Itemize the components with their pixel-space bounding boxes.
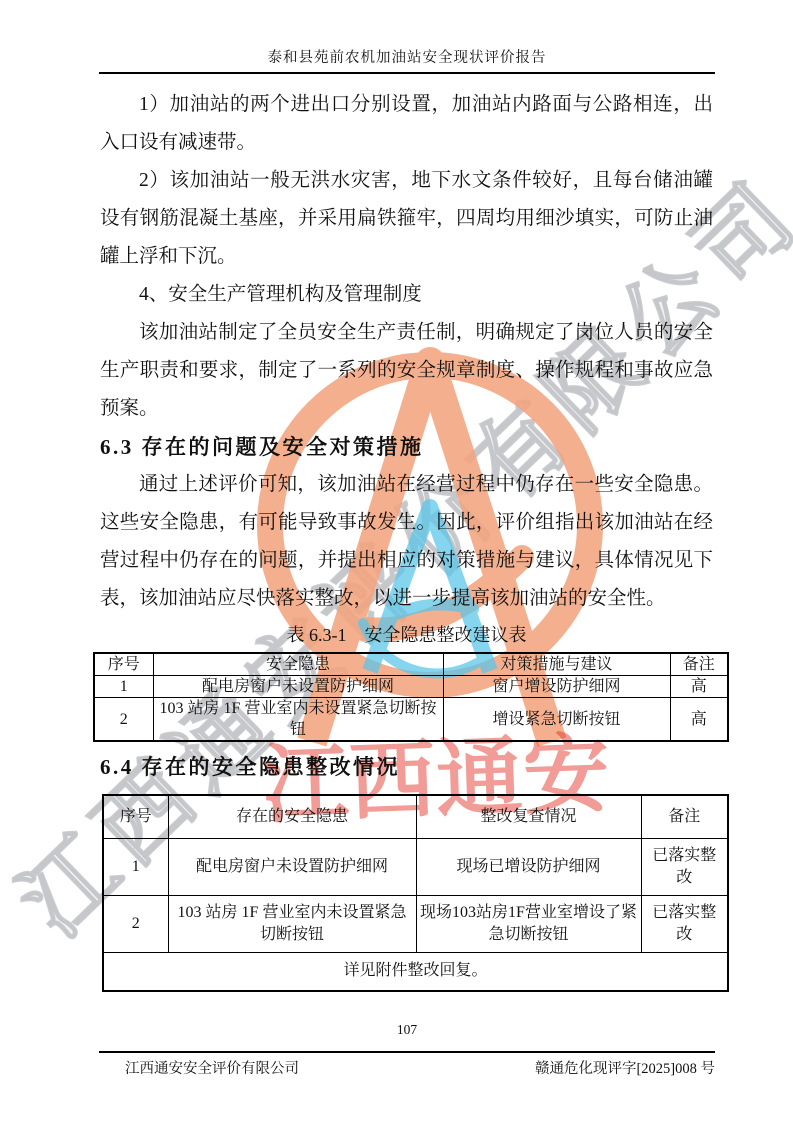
col-header-remark: 备注: [641, 795, 728, 839]
col-header-seq: 序号: [103, 795, 168, 839]
table-header-row: 序号 存在的安全隐患 整改复查情况 备注: [103, 795, 728, 839]
section-heading-6-3: 6.3 存在的问题及安全对策措施: [100, 428, 713, 466]
page-number: 107: [99, 1022, 715, 1038]
section-heading-6-4: 6.4 存在的安全隐患整改情况: [100, 748, 713, 786]
paragraph-entrances: 1）加油站的两个进出口分别设置，加油站内路面与公路相连，出入口设有减速带。: [100, 86, 713, 162]
cell-seq: 1: [94, 676, 153, 698]
col-header-measure: 对策措施与建议: [443, 653, 670, 676]
table-row: 2 103 站房 1F 营业室内未设置紧急切断按钮 现场103站房1F营业室增设…: [103, 896, 728, 953]
paragraph-management: 该加油站制定了全员安全生产责任制，明确规定了岗位人员的安全生产职责和要求，制定了…: [100, 314, 713, 428]
page-content: 泰和县苑前农机加油站安全现状评价报告 1）加油站的两个进出口分别设置，加油站内路…: [0, 0, 793, 1122]
cell-hazard: 103 站房 1F 营业室内未设置紧急切断按钮: [168, 896, 416, 953]
cell-remark: 高: [670, 698, 728, 742]
page-footer: 江西通安安全评价有限公司 赣通危化现评字[2025]008 号: [99, 1051, 715, 1078]
cell-measure: 窗户增设防护细网: [443, 676, 670, 698]
subsection-4-heading: 4、安全生产管理机构及管理制度: [100, 276, 713, 314]
cell-hazard: 配电房窗户未设置防护细网: [153, 676, 443, 698]
footer-company-name: 江西通安安全评价有限公司: [125, 1057, 299, 1078]
cell-note: 详见附件整改回复。: [103, 953, 728, 991]
rectification-status-table: 序号 存在的安全隐患 整改复查情况 备注 1 配电房窗户未设置防护细网 现场已增…: [102, 794, 729, 992]
cell-recheck: 现场103站房1F营业室增设了紧急切断按钮: [416, 896, 641, 953]
col-header-remark: 备注: [670, 653, 728, 676]
col-header-recheck: 整改复查情况: [416, 795, 641, 839]
table-header-row: 序号 安全隐患 对策措施与建议 备注: [94, 653, 728, 676]
paragraph-flood-tanks: 2）该加油站一般无洪水灾害，地下水文条件较好，且每台储油罐设有钢筋混凝土基座，并…: [100, 162, 713, 276]
col-header-hazard: 安全隐患: [153, 653, 443, 676]
cell-seq: 1: [103, 839, 168, 896]
cell-recheck: 现场已增设防护细网: [416, 839, 641, 896]
table-note-row: 详见附件整改回复。: [103, 953, 728, 991]
document-body: 1）加油站的两个进出口分别设置，加油站内路面与公路相连，出入口设有减速带。 2）…: [100, 86, 713, 992]
table-row: 1 配电房窗户未设置防护细网 现场已增设防护细网 已落实整改: [103, 839, 728, 896]
table1-caption: 表 6.3-1 安全隐患整改建议表: [100, 620, 713, 650]
col-header-seq: 序号: [94, 653, 153, 676]
cell-remark: 高: [670, 676, 728, 698]
table-row: 1 配电房窗户未设置防护细网 窗户增设防护细网 高: [94, 676, 728, 698]
paragraph-hazards-summary: 通过上述评价可知，该加油站在经营过程中仍存在一些安全隐患。这些安全隐患，有可能导…: [100, 466, 713, 618]
cell-remark: 已落实整改: [641, 839, 728, 896]
cell-measure: 增设紧急切断按钮: [443, 698, 670, 742]
table-row: 2 103 站房 1F 营业室内未设置紧急切断按钮 增设紧急切断按钮 高: [94, 698, 728, 742]
page-header-title: 泰和县苑前农机加油站安全现状评价报告: [99, 46, 715, 74]
cell-hazard: 103 站房 1F 营业室内未设置紧急切断按钮: [153, 698, 443, 742]
report-page: { "header": { "title": "泰和县苑前农机加油站安全现状评价…: [0, 0, 793, 1122]
cell-remark: 已落实整改: [641, 896, 728, 953]
cell-hazard: 配电房窗户未设置防护细网: [168, 839, 416, 896]
cell-seq: 2: [94, 698, 153, 742]
col-header-hazard: 存在的安全隐患: [168, 795, 416, 839]
footer-document-number: 赣通危化现评字[2025]008 号: [535, 1057, 715, 1078]
hazard-suggestion-table: 序号 安全隐患 对策措施与建议 备注 1 配电房窗户未设置防护细网 窗户增设防护…: [93, 652, 729, 742]
cell-seq: 2: [103, 896, 168, 953]
